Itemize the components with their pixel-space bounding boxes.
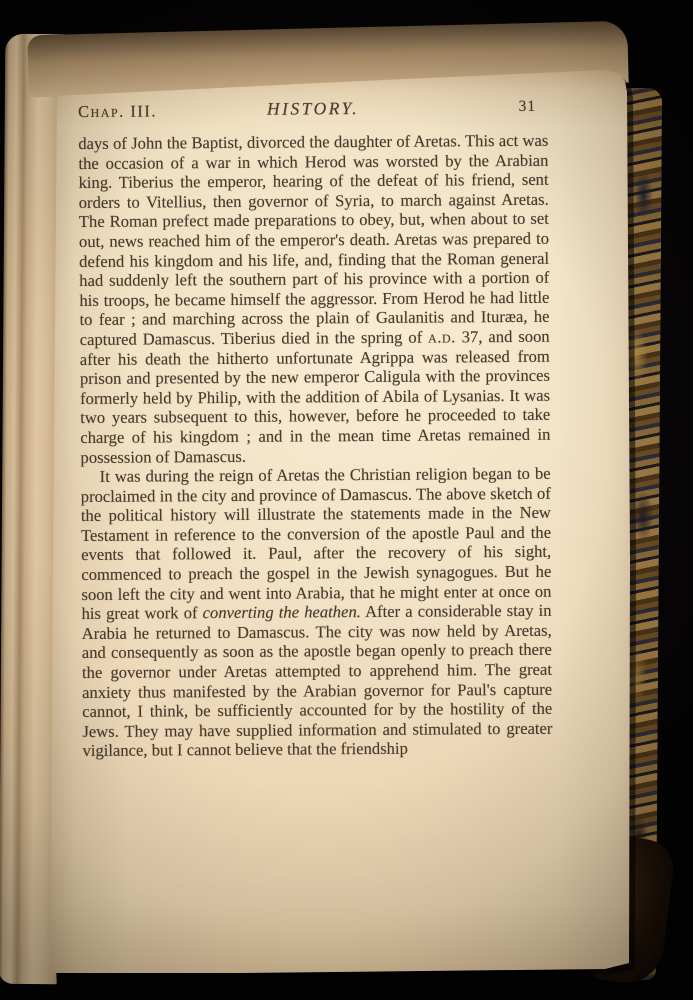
page-title: HISTORY. — [267, 98, 359, 120]
paragraph-text: days of John the Baptist, divorced the d… — [78, 131, 549, 349]
page-body: days of John the Baptist, divorced the d… — [78, 131, 552, 761]
paragraph: days of John the Baptist, divorced the d… — [78, 131, 550, 467]
printed-text-layer: Chap. III. HISTORY. 31 days of John the … — [78, 97, 553, 761]
italic-phrase: converting the heathen. — [203, 602, 361, 622]
page-number: 31 — [518, 98, 536, 116]
book-page: Chap. III. HISTORY. 31 days of John the … — [40, 60, 640, 975]
book-photo: Chap. III. HISTORY. 31 days of John the … — [0, 0, 693, 1000]
chapter-label: Chap. III. — [78, 101, 157, 122]
paragraph-text: It was during the reign of Aretas the Ch… — [81, 464, 552, 623]
ad-smallcaps: a.d. — [428, 327, 456, 346]
paragraph: It was during the reign of Aretas the Ch… — [81, 464, 553, 761]
paragraph-text: After a considerable stay in Arabia he r… — [82, 601, 553, 760]
page-header: Chap. III. HISTORY. 31 — [78, 97, 548, 130]
